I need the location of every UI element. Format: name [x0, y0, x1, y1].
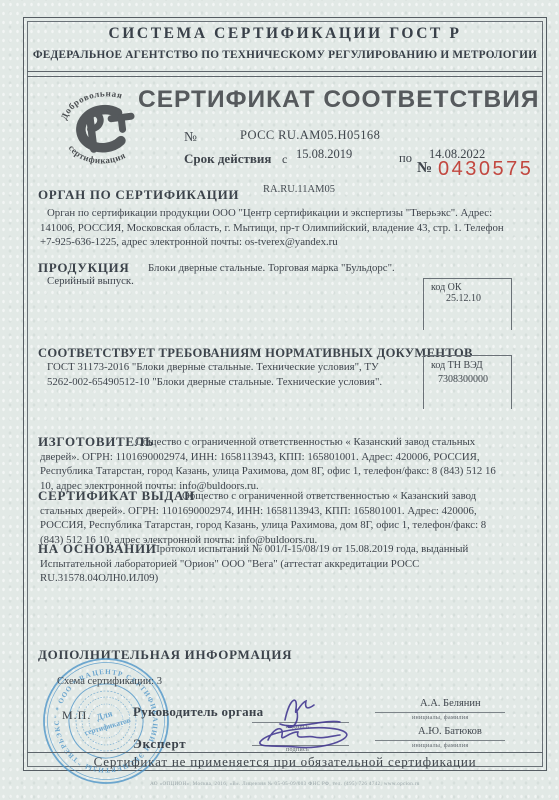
manufacturer-text: Общество с ограниченной ответственностью…: [40, 435, 510, 493]
cert-number-value: РОСС RU.АМ05.Н05168: [240, 128, 380, 143]
issued-text: Общество с ограниченной ответственностью…: [40, 489, 512, 547]
cert-number-label: №: [184, 129, 197, 145]
code-ok-value: 25.12.10: [446, 293, 481, 304]
rst-mark-icon: [79, 106, 135, 150]
certificate-title: СЕРТИФИКАТ СООТВЕТСТВИЯ: [138, 86, 539, 114]
blank-number-label: №: [417, 160, 432, 177]
head-name-line: [375, 712, 505, 713]
bottom-note: Сертификат не применяется при обязательн…: [23, 754, 547, 770]
header-separator-bottom: [27, 76, 543, 77]
head-name-caption: инициалы, фамилия: [412, 715, 468, 721]
validity-from-date: 15.08.2019: [296, 147, 352, 162]
validity-label: Срок действия: [184, 151, 271, 167]
organ-text: Орган по сертификации продукции ООО "Цен…: [40, 206, 508, 250]
agency-title: ФЕДЕРАЛЬНОЕ АГЕНТСТВО ПО ТЕХНИЧЕСКОМУ РЕ…: [23, 49, 547, 61]
bottom-note-separator: [27, 752, 543, 753]
compliance-text: ГОСТ 31173-2016 "Блоки дверные стальные.…: [47, 360, 405, 389]
production-serial: Серийный выпуск.: [47, 274, 134, 289]
certification-scheme: Схема сертификации: 3: [57, 676, 162, 687]
code-ok-label: код ОК: [431, 282, 462, 293]
handwritten-signatures-icon: [240, 685, 370, 755]
validity-to-label: по: [399, 151, 412, 166]
label-gap: [40, 444, 135, 445]
expert-name-line: [375, 740, 505, 741]
organ-section-label: ОРГАН ПО СЕРТИФИКАЦИИ: [38, 187, 239, 203]
basis-text-value: Протокол испытаний № 001/I-15/08/19 от 1…: [40, 543, 468, 584]
code-tnved-label: код ТН ВЭД: [431, 360, 483, 371]
rst-voluntary-certification-logo-icon: Добровольная сертификация: [51, 81, 150, 171]
header-separator-top: [27, 71, 543, 72]
certificate-page: СИСТЕМА СЕРТИФИКАЦИИ ГОСТ Р ФЕДЕРАЛЬНОЕ …: [0, 0, 559, 800]
label-gap: [40, 498, 182, 499]
organ-accreditation-code: RA.RU.11АМ05: [263, 184, 335, 195]
print-house-fine-print: АО «ОПЦИОН», Москва, 2016, «В». Лицензия…: [23, 782, 547, 787]
expert-name: А.Ю. Батюков: [418, 726, 482, 737]
label-gap: [40, 551, 152, 552]
validity-from-label: с: [282, 152, 287, 167]
code-tnved-value: 7308300000: [438, 374, 488, 385]
expert-name-caption: инициалы, фамилия: [412, 743, 468, 749]
blank-number-value: 0430575: [438, 158, 533, 181]
production-text: Блоки дверные стальные. Торговая марка "…: [148, 261, 448, 276]
basis-text: Протокол испытаний № 001/I-15/08/19 от 1…: [40, 542, 508, 586]
compliance-section-label: СООТВЕТСТВУЕТ ТРЕБОВАНИЯМ НОРМАТИВНЫХ ДО…: [38, 346, 473, 361]
head-name: А.А. Белянин: [420, 698, 481, 709]
system-title: СИСТЕМА СЕРТИФИКАЦИИ ГОСТ Р: [23, 25, 547, 43]
stamp-place-mark: М.П.: [62, 708, 91, 723]
expert-label: Эксперт: [133, 736, 186, 752]
